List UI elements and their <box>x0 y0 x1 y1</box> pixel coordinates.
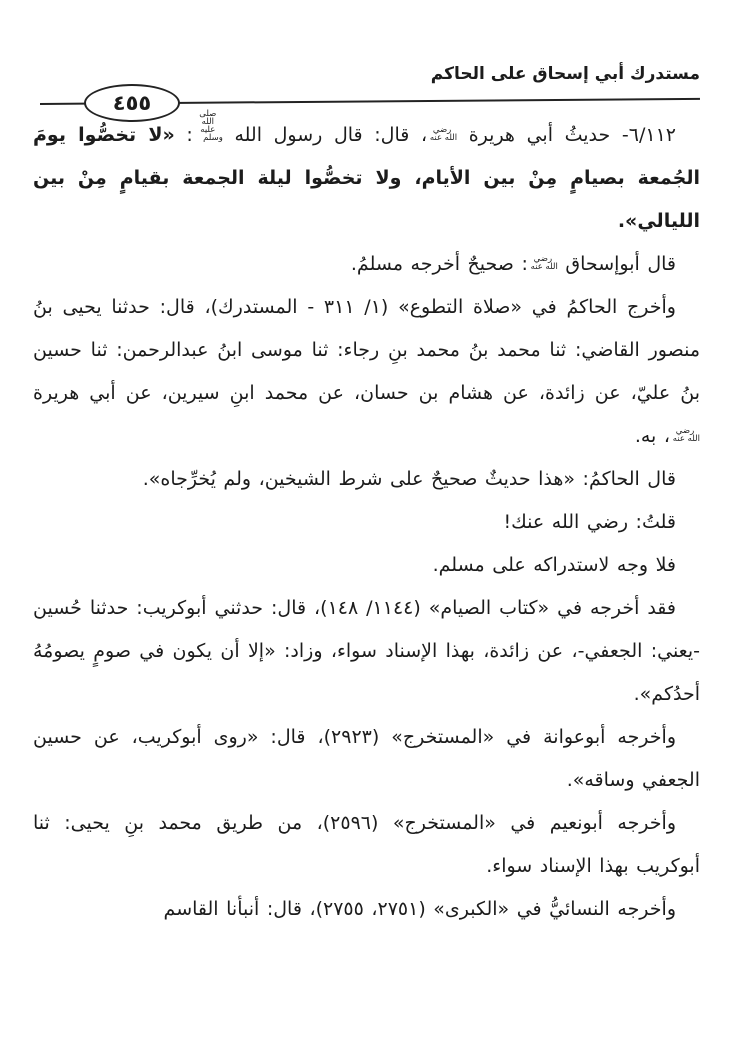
author-comment-no-istidrak: فلا وجه لاستدراكه على مسلم. <box>33 544 700 587</box>
honorific-seal: رضي الله عنه <box>427 126 457 142</box>
book-page: مستدرك أبي إسحاق على الحاكم ٤٥٥ ٦/١١٢- ح… <box>0 0 736 1057</box>
hakim-isnad: وأخرج الحاكمُ في «صلاة التطوع» (١/ ٣١١ -… <box>33 286 700 458</box>
hakim-grading: قال الحاكمُ: «هذا حديثٌ صحيحٌ على شرط ال… <box>33 458 700 501</box>
text-run: : <box>175 124 193 146</box>
hadith-entry-112: ٦/١١٢- حديثُ أبي هريرة رضي الله عنه، قال… <box>33 110 700 243</box>
text-run: فلا وجه لاستدراكه على مسلم. <box>433 554 676 576</box>
honorific-seal: صلى الله عليه وسلم <box>193 110 223 142</box>
text-run: ، قال: قال رسول الله <box>223 124 427 146</box>
page-body: ٦/١١٢- حديثُ أبي هريرة رضي الله عنه، قال… <box>33 110 700 931</box>
author-grading: قال أبوإسحاق رضي الله عنه: صحيحٌ أخرجه م… <box>33 243 700 286</box>
abu-awana-citation: وأخرجه أبوعوانة في «المستخرج» (٢٩٢٣)، قا… <box>33 716 700 802</box>
text-run: ، به. <box>635 425 670 447</box>
honorific-seal: رضي الله عنه <box>528 255 558 271</box>
author-comment-qultu: قلتُ: رضي الله عنك! <box>33 501 700 544</box>
running-head-book-title: مستدرك أبي إسحاق على الحاكم <box>431 64 700 84</box>
abu-nuaym-citation: وأخرجه أبونعيم في «المستخرج» (٢٥٩٦)، من … <box>33 802 700 888</box>
text-run: ٦/١١٢- حديثُ أبي هريرة <box>457 124 676 146</box>
text-run: : صحيحٌ أخرجه مسلمُ. <box>351 253 528 275</box>
text-run: قال الحاكمُ: «هذا حديثٌ صحيحٌ على شرط ال… <box>143 468 676 490</box>
text-run: وأخرجه أبونعيم في «المستخرج» (٢٥٩٦)، من … <box>33 812 700 877</box>
honorific-seal: رضي الله عنه <box>670 427 700 443</box>
muslim-citation: فقد أخرجه في «كتاب الصيام» (١١٤٤/ ١٤٨)، … <box>33 587 700 716</box>
nasai-citation: وأخرجه النسائيُّ في «الكبرى» (٢٧٥١، ٢٧٥٥… <box>33 888 700 931</box>
text-run: فقد أخرجه في «كتاب الصيام» (١١٤٤/ ١٤٨)، … <box>33 597 700 705</box>
text-run: قلتُ: رضي الله عنك! <box>504 511 676 533</box>
text-run: وأخرج الحاكمُ في «صلاة التطوع» (١/ ٣١١ -… <box>33 296 700 404</box>
text-run: قال أبوإسحاق <box>558 253 676 275</box>
text-run: وأخرجه أبوعوانة في «المستخرج» (٢٩٢٣)، قا… <box>33 726 700 791</box>
text-run: وأخرجه النسائيُّ في «الكبرى» (٢٧٥١، ٢٧٥٥… <box>164 898 676 920</box>
